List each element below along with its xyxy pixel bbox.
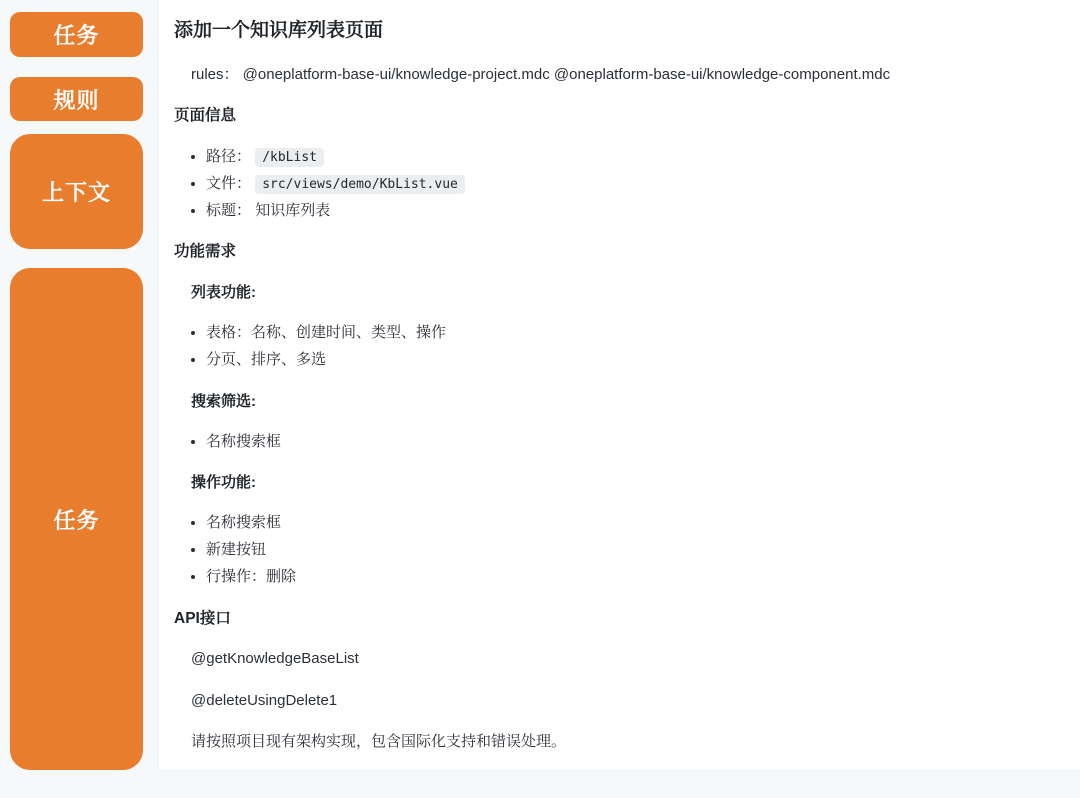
list-item: 表格：名称、创建时间、类型、操作 [206, 322, 1056, 345]
badge-rules-label: 规则 [53, 84, 99, 115]
list-item: 名称搜索框 [206, 512, 1056, 535]
list-item: 分页、排序、多选 [206, 349, 1056, 372]
list-item-file: 文件： src/views/demo/KbList.vue [206, 173, 1056, 196]
list-item-title: 标题： 知识库列表 [206, 200, 1056, 223]
section-heading-features: 功能需求 [174, 241, 1056, 263]
document-card: 添加一个知识库列表页面 rules： @oneplatform-base-ui/… [157, 0, 1080, 769]
subheading-actions: 操作功能: [191, 472, 1056, 493]
action-items: 名称搜索框 新建按钮 行操作：删除 [174, 512, 1056, 589]
list-item: 新建按钮 [206, 539, 1056, 562]
api-line-2: @deleteUsingDelete1 [191, 690, 1056, 713]
item-value: 知识库列表 [255, 202, 330, 219]
badge-task-top: 任务 [10, 12, 143, 57]
list-feature-items: 表格：名称、创建时间、类型、操作 分页、排序、多选 [174, 322, 1056, 372]
item-label: 标题： [206, 202, 251, 219]
badge-context: 上下文 [10, 134, 143, 249]
badge-task-main: 任务 [10, 268, 143, 770]
rules-line: rules： @oneplatform-base-ui/knowledge-pr… [191, 64, 1056, 87]
item-label: 路径： [206, 148, 251, 165]
badge-task-top-label: 任务 [53, 19, 99, 50]
section-heading-page-info: 页面信息 [174, 105, 1056, 127]
inline-code-path: /kbList [255, 148, 324, 167]
search-filter-items: 名称搜索框 [174, 431, 1056, 454]
badge-task-main-label: 任务 [53, 504, 99, 535]
inline-code-file: src/views/demo/KbList.vue [255, 175, 465, 194]
list-item: 行操作：删除 [206, 566, 1056, 589]
subheading-search-filter: 搜索筛选: [191, 391, 1056, 412]
item-label: 文件： [206, 175, 251, 192]
badge-rules: 规则 [10, 77, 143, 121]
list-item: 名称搜索框 [206, 431, 1056, 454]
subheading-list-feature: 列表功能: [191, 282, 1056, 303]
section-heading-api: API接口 [174, 608, 1056, 630]
markdown-body: 添加一个知识库列表页面 rules： @oneplatform-base-ui/… [174, 19, 1056, 754]
page-info-list: 路径： /kbList 文件： src/views/demo/KbList.vu… [174, 146, 1056, 223]
badge-context-label: 上下文 [42, 176, 111, 207]
api-line-1: @getKnowledgeBaseList [191, 648, 1056, 671]
page-title: 添加一个知识库列表页面 [174, 19, 1056, 44]
closing-note: 请按照项目现有架构实现，包含国际化支持和错误处理。 [191, 731, 1056, 754]
annotation-rail: 任务 规则 上下文 任务 [0, 0, 157, 798]
list-item-path: 路径： /kbList [206, 146, 1056, 169]
